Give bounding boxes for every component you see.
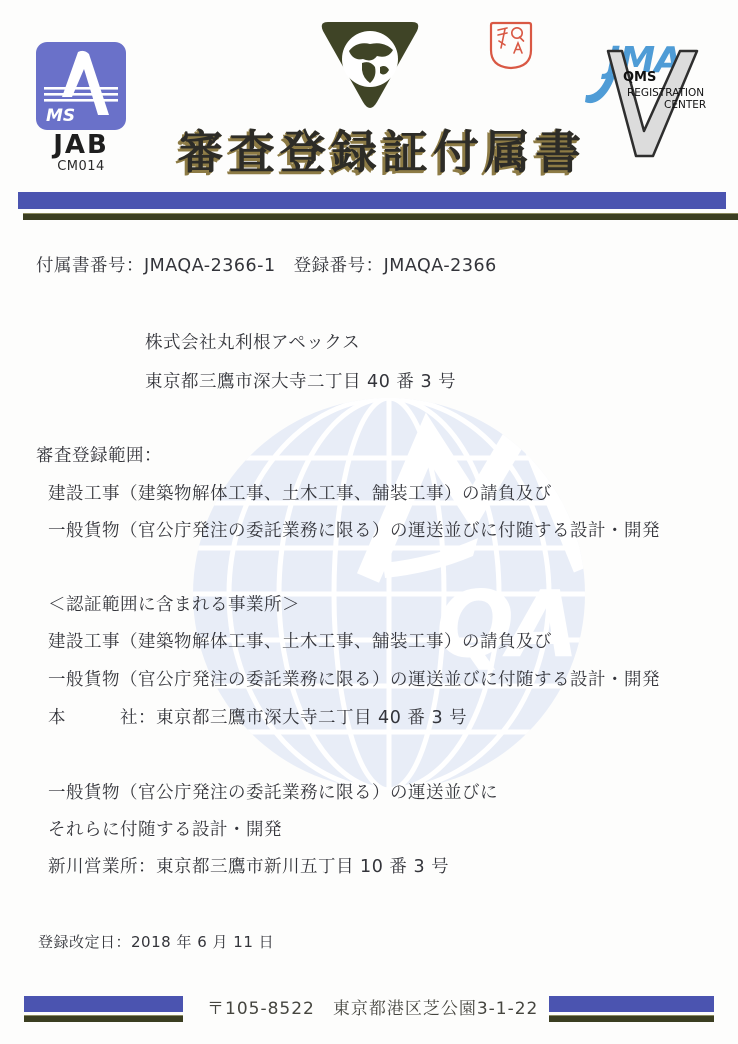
scope-heading: 審査登録範囲： bbox=[36, 446, 162, 467]
footer-address: 〒105-8522 東京都港区芝公園3-1-22 bbox=[207, 994, 538, 1019]
jab-ms-logo: MS JAB CM014 bbox=[36, 42, 126, 174]
jma-qms-label: QMS bbox=[623, 70, 656, 85]
site1-line-2: 一般貨物（官公庁発注の委託業務に限る）の運送並びに付随する設計・開発 bbox=[48, 670, 660, 691]
jma-qms-logo: JMA QMS REGISTRATION CENTER bbox=[583, 28, 733, 173]
jab-label: JAB bbox=[36, 132, 126, 159]
doc-numbers-line: 付属書番号：JMAQA-2366-1 登録番号：JMAQA-2366 bbox=[36, 256, 497, 277]
certificate-page: QA MS JAB CM014 bbox=[0, 0, 738, 1044]
page-title: 審査登録証付属書 bbox=[178, 116, 586, 182]
jab-ms-label: MS bbox=[46, 106, 75, 126]
revision-date: 登録改定日：2018 年 6 月 11 日 bbox=[38, 933, 274, 951]
footer-left-blue-bar bbox=[24, 996, 183, 1012]
sites-heading: ＜認証範囲に含まれる事業所＞ bbox=[48, 595, 300, 616]
scope-line-2: 一般貨物（官公庁発注の委託業務に限る）の運送並びに付随する設計・開発 bbox=[48, 521, 660, 542]
header-blue-bar bbox=[18, 192, 726, 209]
jab-code: CM014 bbox=[36, 159, 126, 174]
globe-triangle-icon bbox=[318, 18, 422, 112]
red-seal-icon bbox=[486, 20, 536, 72]
site2-line-2: それらに付随する設計・開発 bbox=[48, 820, 282, 841]
jma-center-label: CENTER bbox=[664, 99, 706, 111]
site1-office: 本 社：東京都三鷹市深大寺二丁目 40 番 3 号 bbox=[48, 708, 467, 729]
company-address: 東京都三鷹市深大寺二丁目 40 番 3 号 bbox=[145, 372, 456, 393]
footer-right-blue-bar bbox=[549, 996, 714, 1012]
header-olive-bar bbox=[23, 213, 738, 220]
jab-ms-mark-icon: MS bbox=[36, 42, 126, 130]
footer-left-olive-bar bbox=[24, 1015, 183, 1022]
footer-right-olive-bar bbox=[549, 1015, 714, 1022]
company-name: 株式会社丸利根アペックス bbox=[145, 333, 360, 354]
svg-text:QA: QA bbox=[436, 571, 573, 678]
scope-line-1: 建設工事（建築物解体工事、土木工事、舗装工事）の請負及び bbox=[48, 484, 552, 505]
site1-line-1: 建設工事（建築物解体工事、土木工事、舗装工事）の請負及び bbox=[48, 632, 552, 653]
jma-registration-label: REGISTRATION bbox=[627, 87, 704, 99]
site2-office: 新川営業所：東京都三鷹市新川五丁目 10 番 3 号 bbox=[48, 857, 449, 878]
jmaqa-watermark-icon: QA bbox=[193, 398, 585, 790]
site2-line-1: 一般貨物（官公庁発注の委託業務に限る）の運送並びに bbox=[48, 783, 498, 804]
